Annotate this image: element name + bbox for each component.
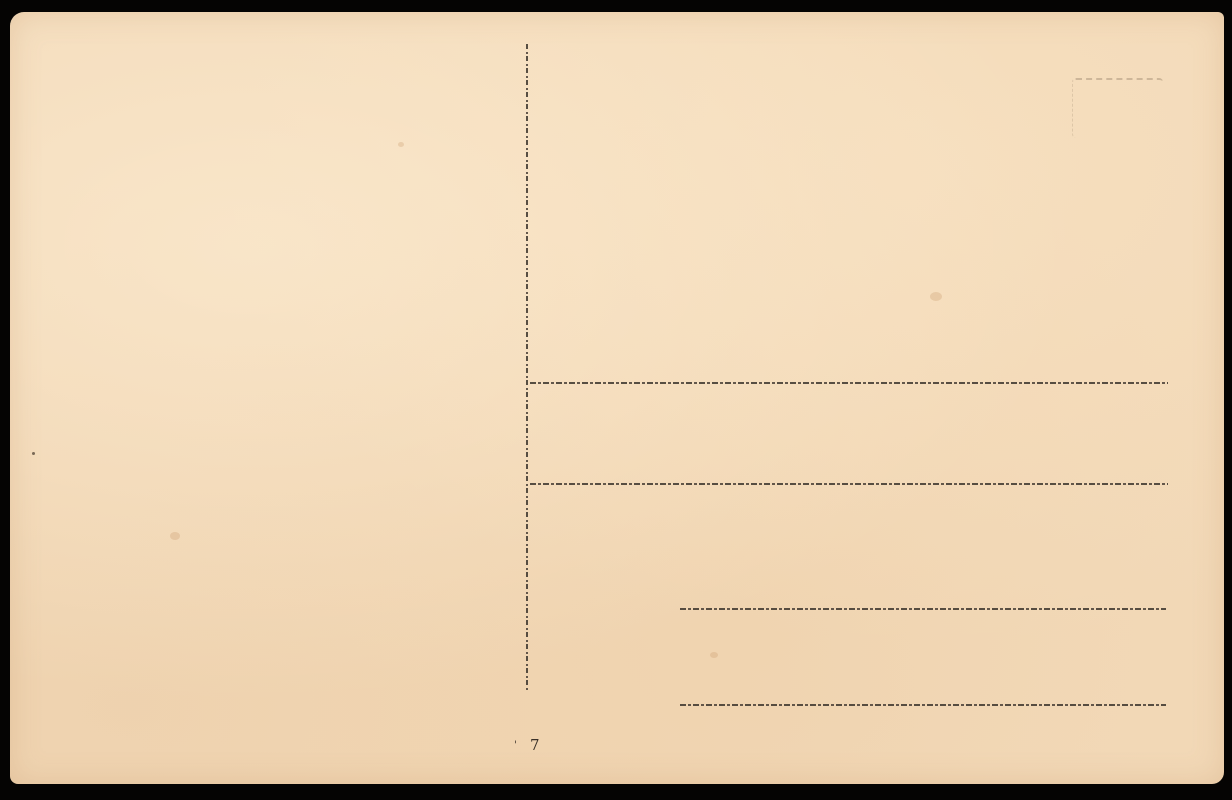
print-mark: ' <box>514 740 517 751</box>
paper-spot <box>710 652 718 658</box>
paper-spot <box>398 142 404 147</box>
paper-spot <box>930 292 942 301</box>
address-line-4 <box>680 704 1166 706</box>
paper-spot <box>170 532 180 540</box>
address-line-1 <box>530 382 1168 384</box>
postcard-back <box>10 12 1224 784</box>
center-divider-line <box>526 44 528 690</box>
paper-spot <box>32 452 35 455</box>
address-line-2 <box>530 483 1168 485</box>
stamp-area <box>1072 78 1163 138</box>
address-line-3 <box>680 608 1166 610</box>
print-number: 7 <box>530 736 540 754</box>
